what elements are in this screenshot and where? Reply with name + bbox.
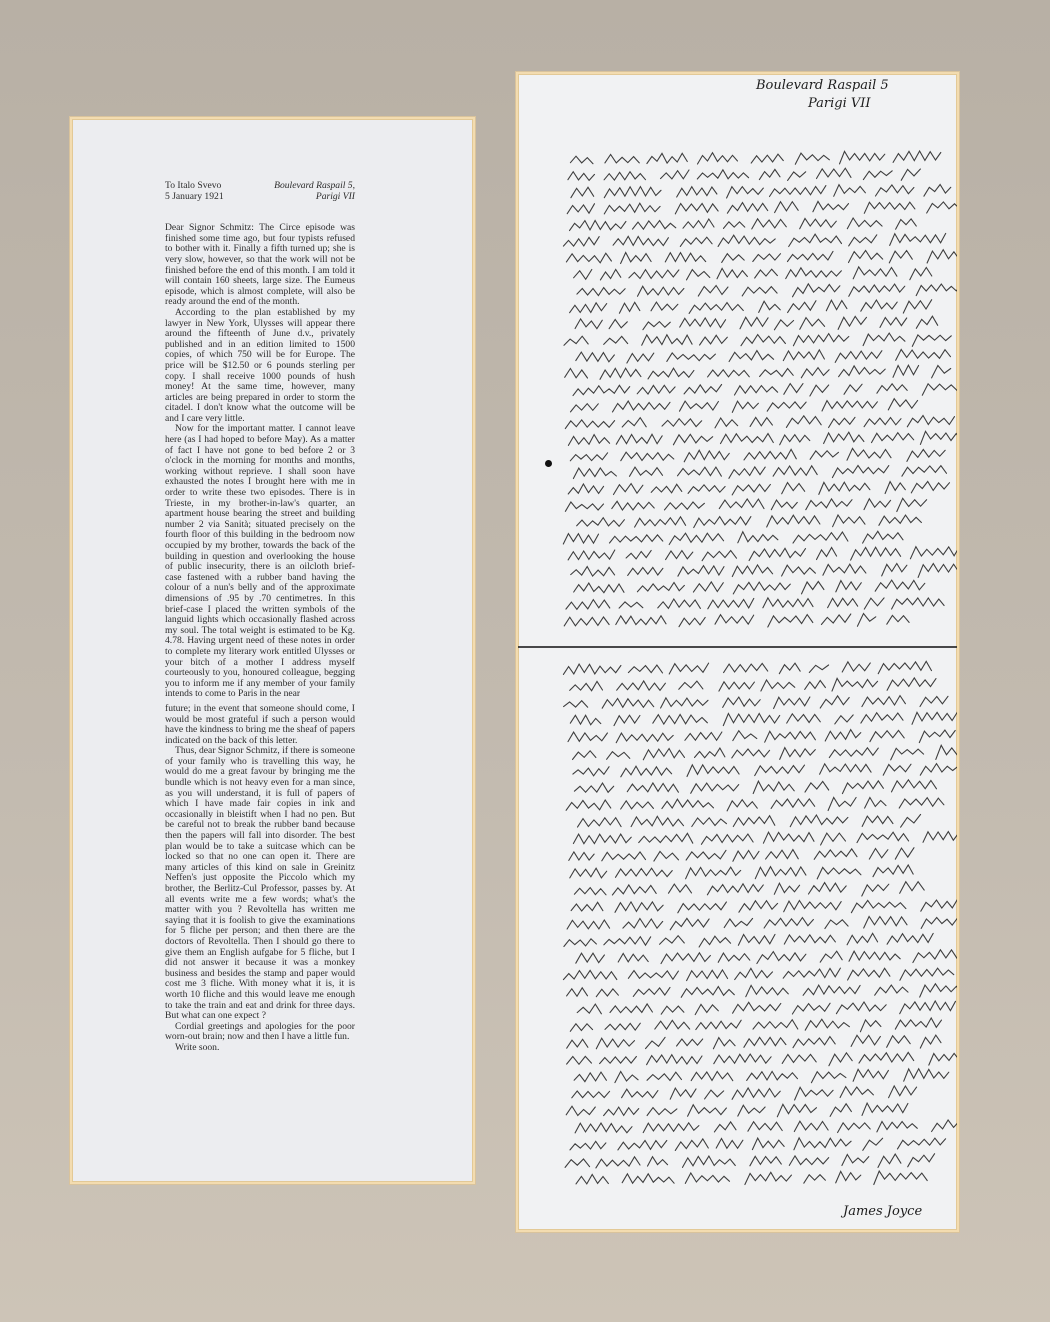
paragraph: Dear Signor Schmitz: The Circe episode w… [165, 223, 355, 308]
letter-header: To Italo Svevo 5 January 1921 Boulevard … [165, 181, 355, 202]
paragraph: Now for the important matter. I cannot l… [165, 424, 355, 699]
ink-blot [545, 460, 552, 467]
handwriting-scribbles [518, 74, 957, 1230]
paragraph: Cordial greetings and apologies for the … [165, 1022, 355, 1043]
recipient: To Italo Svevo [165, 181, 224, 192]
letter-date: 5 January 1921 [165, 192, 224, 203]
typed-letter: To Italo Svevo 5 January 1921 Boulevard … [165, 181, 355, 1054]
paragraph: Write soon. [165, 1043, 355, 1054]
address-line-1: Boulevard Raspail 5, [274, 181, 355, 192]
handwritten-letter-panel: Boulevard Raspail 5 Parigi VII James Joy… [516, 72, 959, 1232]
signature: James Joyce [843, 1204, 922, 1219]
typed-translation-panel: To Italo Svevo 5 January 1921 Boulevard … [70, 117, 475, 1184]
page-fold-line [518, 646, 957, 648]
paragraph: According to the plan established by my … [165, 308, 355, 425]
paragraph: future; in the event that someone should… [165, 704, 355, 746]
address-line-2: Parigi VII [274, 192, 355, 203]
paragraph: Thus, dear Signor Schmitz, if there is s… [165, 746, 355, 1021]
